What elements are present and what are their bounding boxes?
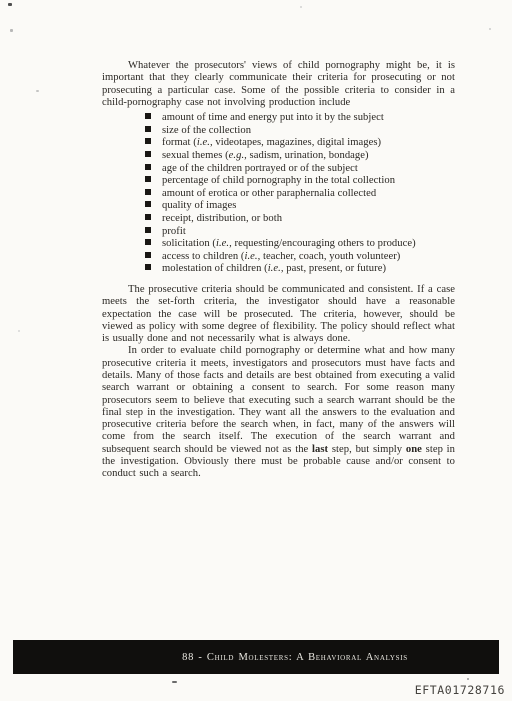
criteria-item-text: receipt, distribution, or both xyxy=(162,213,282,224)
criteria-item: receipt, distribution, or both xyxy=(145,213,455,226)
document-page: Whatever the prosecutors' views of child… xyxy=(0,0,512,701)
bold-emphasis: one xyxy=(406,444,422,455)
criteria-item: quality of images xyxy=(145,200,455,213)
scan-artifact xyxy=(36,90,39,92)
bullet-square-icon xyxy=(145,126,151,132)
paragraph-prosecution-criteria-intro: Whatever the prosecutors' views of child… xyxy=(102,60,455,109)
criteria-item-text: access to children (i.e., teacher, coach… xyxy=(162,251,400,262)
paragraph-search-warrant: In order to evaluate child pornography o… xyxy=(102,345,455,480)
criteria-item: access to children (i.e., teacher, coach… xyxy=(145,251,455,264)
paragraph-run: step, but simply xyxy=(328,444,406,455)
criteria-item-text: amount of erotica or other paraphernalia… xyxy=(162,188,376,199)
criteria-item: percentage of child pornography in the t… xyxy=(145,175,455,188)
criteria-item: format (i.e., videotapes, magazines, dig… xyxy=(145,137,455,150)
bullet-square-icon xyxy=(145,164,151,170)
criteria-item-text: percentage of child pornography in the t… xyxy=(162,175,395,186)
criteria-bullet-list: amount of time and energy put into it by… xyxy=(102,112,455,276)
criteria-item: molestation of children (i.e., past, pre… xyxy=(145,263,455,276)
criteria-item: solicitation (i.e., requesting/encouragi… xyxy=(145,238,455,251)
bullet-square-icon xyxy=(145,239,151,245)
bullet-square-icon xyxy=(145,189,151,195)
scan-artifact xyxy=(10,29,13,32)
paragraph-run: In order to evaluate child pornography o… xyxy=(102,345,455,454)
criteria-item-text: profit xyxy=(162,226,186,237)
bullet-square-icon xyxy=(145,252,151,258)
bullet-square-icon xyxy=(145,214,151,220)
scan-artifact xyxy=(300,6,302,8)
bullet-square-icon xyxy=(145,113,151,119)
bullet-square-icon xyxy=(145,138,151,144)
criteria-item: size of the collection xyxy=(145,125,455,138)
criteria-item-text: amount of time and energy put into it by… xyxy=(162,112,384,123)
bullet-square-icon xyxy=(145,264,151,270)
criteria-item-text: sexual themes (e.g., sadism, urination, … xyxy=(162,150,369,161)
criteria-item: amount of time and energy put into it by… xyxy=(145,112,455,125)
criteria-item: amount of erotica or other paraphernalia… xyxy=(145,188,455,201)
paragraph-criteria-policy: The prosecutive criteria should be commu… xyxy=(102,284,455,345)
criteria-item-text: molestation of children (i.e., past, pre… xyxy=(162,263,386,274)
bold-emphasis: last xyxy=(312,444,328,455)
criteria-item-text: format (i.e., videotapes, magazines, dig… xyxy=(162,137,381,148)
criteria-item-text: solicitation (i.e., requesting/encouragi… xyxy=(162,238,416,249)
criteria-item-text: age of the children portrayed or of the … xyxy=(162,163,358,174)
scan-artifact xyxy=(467,678,469,680)
criteria-item: age of the children portrayed or of the … xyxy=(145,163,455,176)
criteria-item-text: size of the collection xyxy=(162,125,251,136)
scan-artifact xyxy=(8,3,12,6)
scan-artifact xyxy=(172,681,177,683)
bullet-square-icon xyxy=(145,201,151,207)
criteria-item: sexual themes (e.g., sadism, urination, … xyxy=(145,150,455,163)
page-body-text: Whatever the prosecutors' views of child… xyxy=(102,60,455,481)
footer-page-title: 88 - Child Molesters: A Behavioral Analy… xyxy=(182,652,408,663)
page-footer-bar: 88 - Child Molesters: A Behavioral Analy… xyxy=(13,640,499,674)
scan-artifact xyxy=(18,330,20,332)
criteria-item-text: quality of images xyxy=(162,200,236,211)
bullet-square-icon xyxy=(145,227,151,233)
bullet-square-icon xyxy=(145,151,151,157)
bates-stamp: EFTA01728716 xyxy=(415,683,505,697)
criteria-item: profit xyxy=(145,226,455,239)
bullet-square-icon xyxy=(145,176,151,182)
scan-artifact xyxy=(489,28,491,30)
